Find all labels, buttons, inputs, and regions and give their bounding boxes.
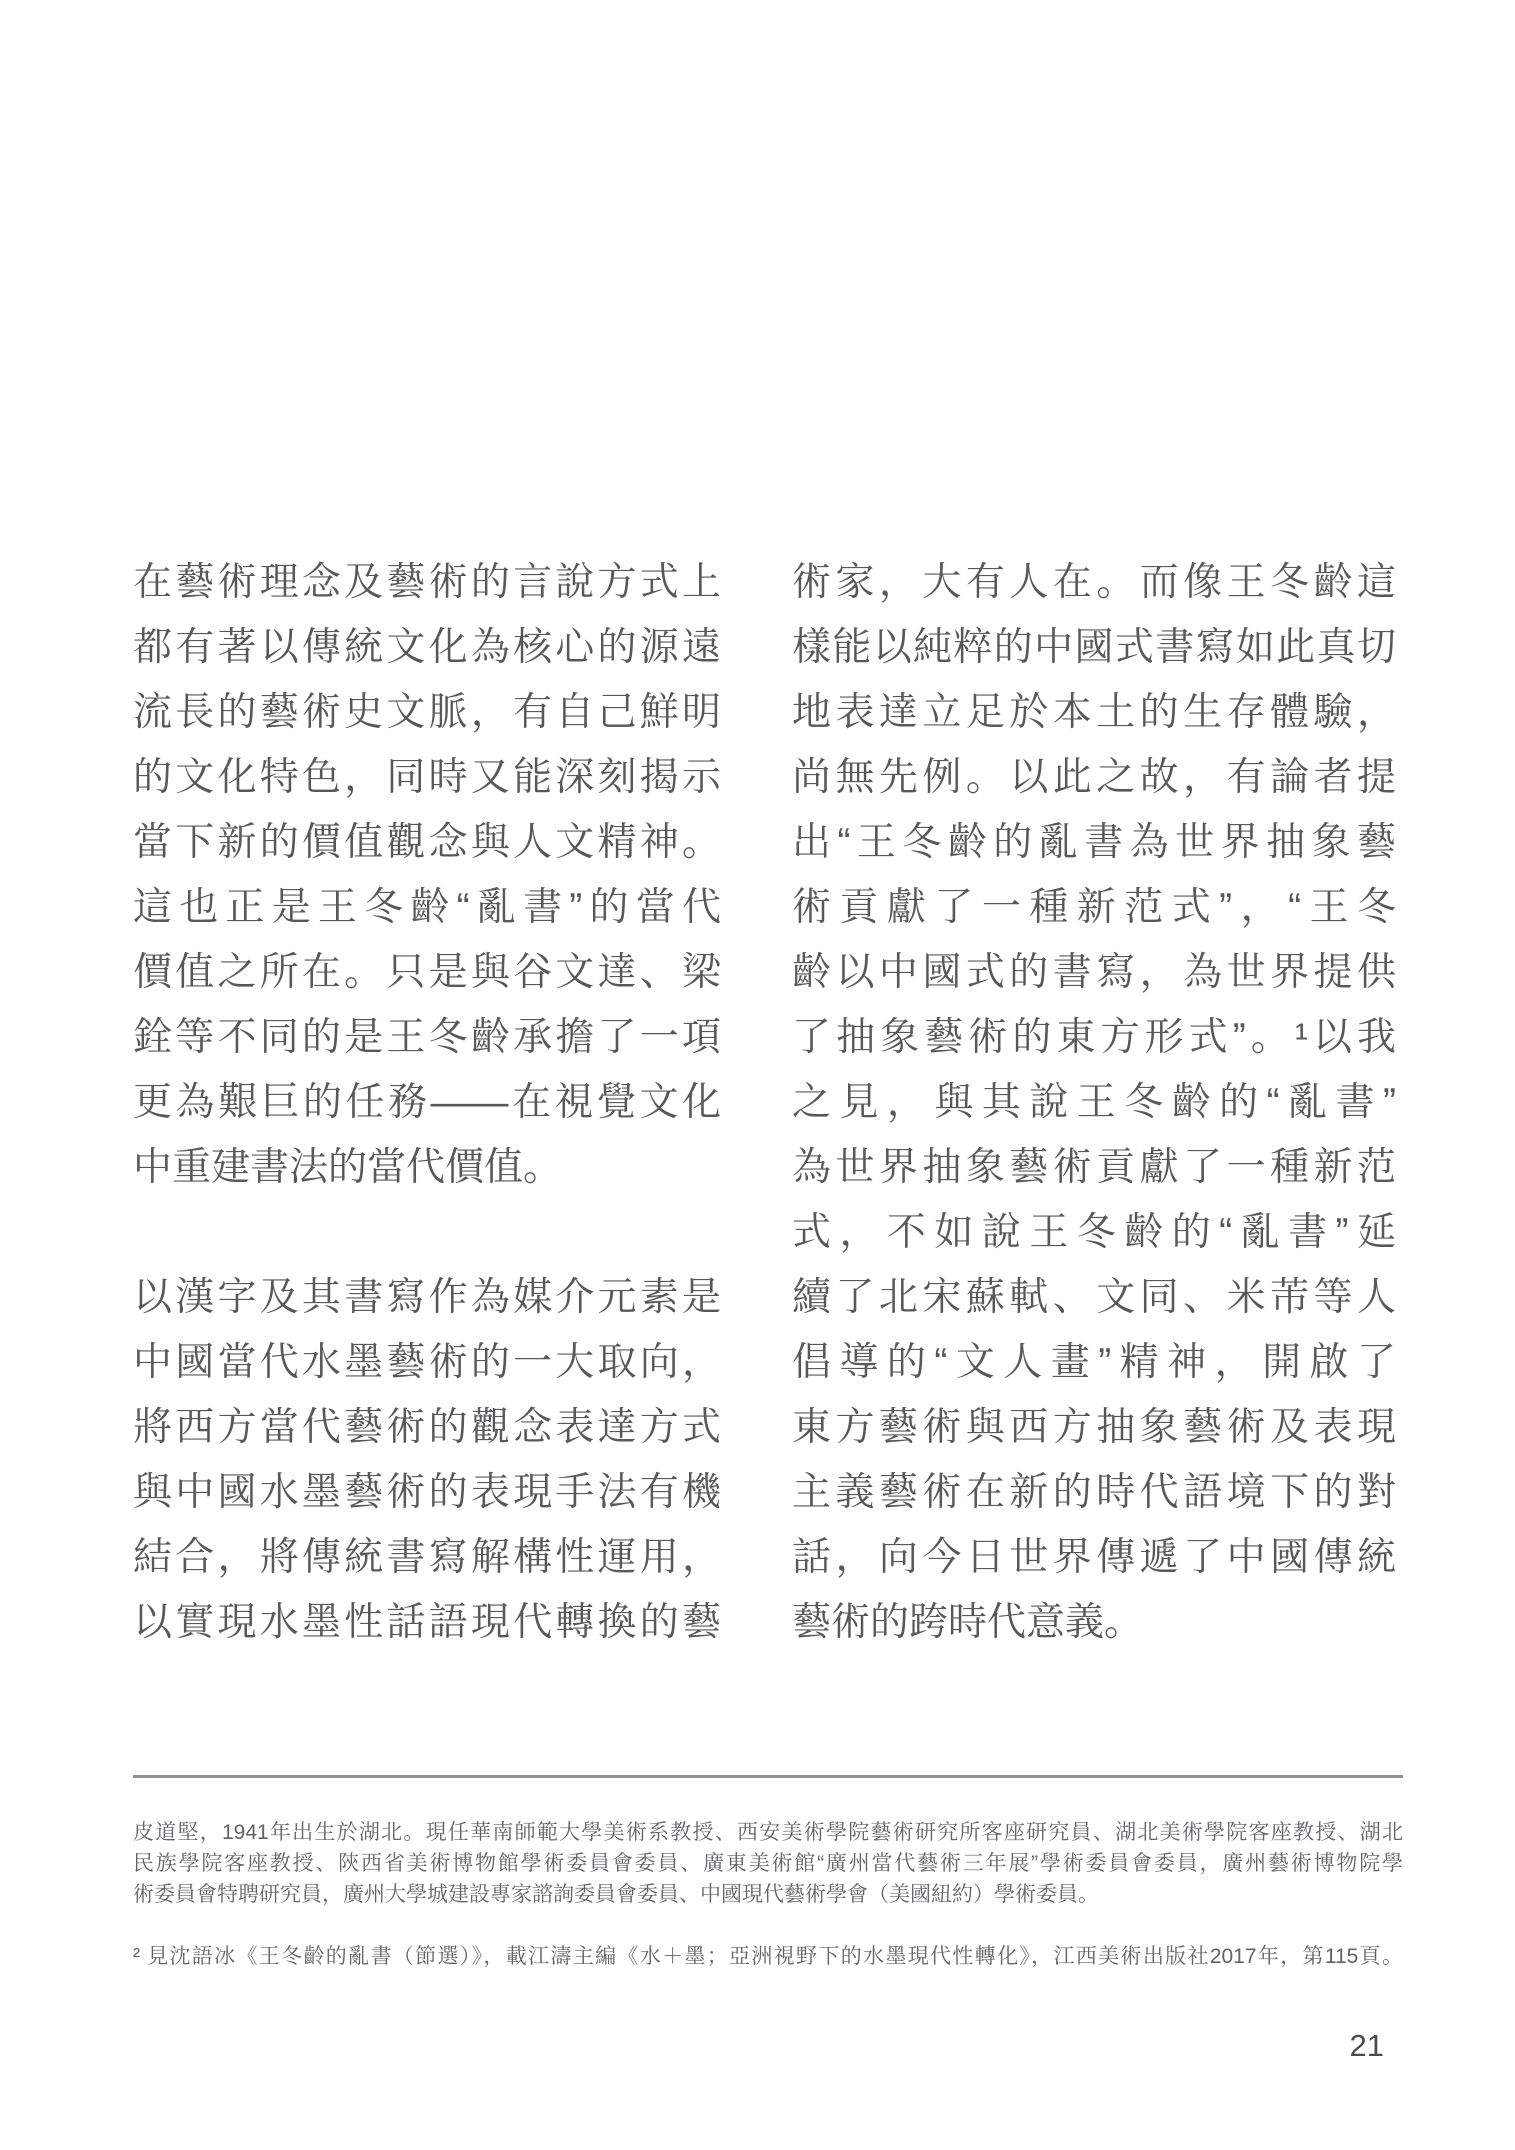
footnote-line: 術委員會特聘研究員，廣州大學城建設專家諮詢委員會委員、中國現代藝術學會（美國紐約… [133,1879,1403,1910]
text-line: 結合，將傳統書寫解構性運用， [133,1525,721,1590]
text-line: 以實現水墨性話語現代轉換的藝 [133,1590,721,1655]
footnote-divider [133,1775,1403,1778]
paragraph-3: 術家，大有人在。而像王冬齡這 樣能以純粹的中國式書寫如此真切 地表達立足於本土的… [792,550,1396,1655]
text-line: 術貢獻了一種新范式”，“王冬 [792,875,1396,940]
text-line: 式，不如說王冬齡的“亂書”延 [792,1200,1396,1265]
footnote-line: ² 見沈語冰《王冬齡的亂書（節選）》，載江濤主編《水＋墨；亞洲視野下的水墨現代性… [133,1941,1403,1972]
paragraph-2: 以漢字及其書寫作為媒介元素是 中國當代水墨藝術的一大取向， 將西方當代藝術的觀念… [133,1265,721,1655]
footnote-line: 民族學院客座教授、陝西省美術博物館學術委員會委員、廣東美術館“廣州當代藝術三年展… [133,1848,1403,1879]
text-line: 中國當代水墨藝術的一大取向， [133,1330,721,1395]
author-footnote: 皮道堅，1941年出生於湖北。現任華南師範大學美術系教授、西安美術學院藝術研究所… [133,1817,1403,1910]
text-line: 這也正是王冬齡“亂書”的當代 [133,875,721,940]
text-line: 與中國水墨藝術的表現手法有機 [133,1460,721,1525]
text-line: 樣能以純粹的中國式書寫如此真切 [792,615,1396,680]
text-line: 話，向今日世界傳遞了中國傳統 [792,1525,1396,1590]
text-line: 都有著以傳統文化為核心的源遠 [133,615,721,680]
paragraph-1: 在藝術理念及藝術的言說方式上 都有著以傳統文化為核心的源遠 流長的藝術史文脈，有… [133,550,721,1200]
footnotes-section: 皮道堅，1941年出生於湖北。現任華南師範大學美術系教授、西安美術學院藝術研究所… [133,1817,1403,1972]
right-column: 術家，大有人在。而像王冬齡這 樣能以純粹的中國式書寫如此真切 地表達立足於本土的… [792,550,1396,1720]
text-line: 倡導的“文人畫”精神，開啟了 [792,1330,1396,1395]
text-line: 之見，與其說王冬齡的“亂書” [792,1070,1396,1135]
text-line: 價值之所在。只是與谷文達、梁 [133,940,721,1005]
text-line-with-footnote-ref: 了抽象藝術的東方形式”。¹以我 [792,1005,1396,1070]
text-line: 中重建書法的當代價值。 [133,1135,721,1200]
text-line: 術家，大有人在。而像王冬齡這 [792,550,1396,615]
citation-footnote: ² 見沈語冰《王冬齡的亂書（節選）》，載江濤主編《水＋墨；亞洲視野下的水墨現代性… [133,1941,1403,1972]
text-line: 將西方當代藝術的觀念表達方式 [133,1395,721,1460]
text-line: 銓等不同的是王冬齡承擔了一項 [133,1005,721,1070]
text-line: 當下新的價值觀念與人文精神。 [133,810,721,875]
text-line: 的文化特色，同時又能深刻揭示 [133,745,721,810]
text-line: 主義藝術在新的時代語境下的對 [792,1460,1396,1525]
text-line: 更為艱巨的任務——在視覺文化 [133,1070,721,1135]
text-line: 藝術的跨時代意義。 [792,1590,1396,1655]
text-line: 東方藝術與西方抽象藝術及表現 [792,1395,1396,1460]
text-line: 以漢字及其書寫作為媒介元素是 [133,1265,721,1330]
left-column: 在藝術理念及藝術的言說方式上 都有著以傳統文化為核心的源遠 流長的藝術史文脈，有… [133,550,721,1720]
text-line: 齡以中國式的書寫，為世界提供 [792,940,1396,1005]
page-number: 21 [1300,2030,1384,2061]
text-line: 尚無先例。以此之故，有論者提 [792,745,1396,810]
text-line: 地表達立足於本土的生存體驗， [792,680,1396,745]
footnote-line: 皮道堅，1941年出生於湖北。現任華南師範大學美術系教授、西安美術學院藝術研究所… [133,1817,1403,1848]
text-line: 在藝術理念及藝術的言說方式上 [133,550,721,615]
document-page: 在藝術理念及藝術的言說方式上 都有著以傳統文化為核心的源遠 流長的藝術史文脈，有… [0,0,1515,2150]
text-line: 出“王冬齡的亂書為世界抽象藝 [792,810,1396,875]
text-line: 續了北宋蘇軾、文同、米芾等人 [792,1265,1396,1330]
text-line: 為世界抽象藝術貢獻了一種新范 [792,1135,1396,1200]
text-line: 流長的藝術史文脈，有自己鮮明 [133,680,721,745]
